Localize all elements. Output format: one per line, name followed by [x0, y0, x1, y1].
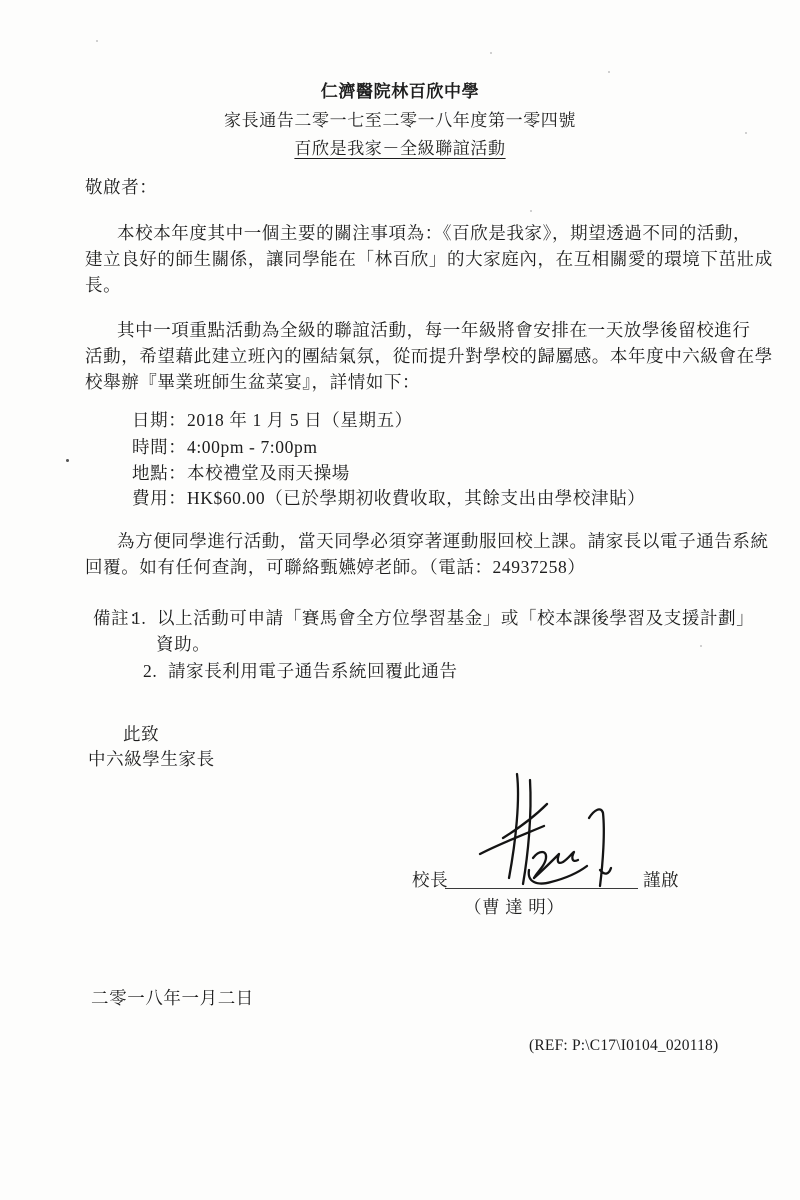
- paragraph2-line3: 校舉辦『畢業班師生盆菜宴』，詳情如下：: [85, 370, 420, 394]
- remark-item2-line1: 請家長利用電子通告系統回覆此通告: [168, 659, 458, 683]
- scan-speck: [530, 210, 532, 212]
- paragraph1-line3: 長。: [85, 273, 121, 297]
- notice-document-page: 仁濟醫院林百欣中學 家長通告二零一七至二零一八年度第一零四號 百欣是我家－全級聯…: [0, 0, 800, 1200]
- signature-role-label: 校長: [412, 868, 448, 892]
- scan-speck: [66, 459, 69, 462]
- paragraph2-line2: 活動，希望藉此建立班內的團結氣氛，從而提升對學校的歸屬感。本年度中六級會在學: [85, 344, 773, 368]
- detail-venue-value: 本校禮堂及雨天操場: [187, 461, 350, 485]
- paragraph3-line1: 為方便同學進行活動，當天同學必須穿著運動服回校上課。請家長以電子通告系統: [117, 529, 769, 553]
- detail-time-label: 時間：: [132, 435, 186, 459]
- detail-fee-value: HK$60.00（已於學期初收費收取，其餘支出由學校津貼）: [187, 486, 645, 510]
- paragraph1-line1: 本校本年度其中一個主要的關注事項為：《百欣是我家》，期望透過不同的活動，: [117, 221, 751, 245]
- scan-speck: [490, 52, 492, 54]
- detail-date-label: 日期：: [132, 408, 186, 432]
- notice-number: 家長通告二零一七至二零一八年度第一零四號: [0, 109, 800, 133]
- principal-signature-scribble: [477, 770, 629, 890]
- signature-underline: [445, 888, 638, 889]
- scan-speck: [700, 645, 702, 647]
- scan-speck: [608, 71, 610, 73]
- paragraph1-line2: 建立良好的師生關係，讓同學能在「林百欣」的大家庭內，在互相關愛的環境下茁壯成: [85, 247, 773, 271]
- paragraph2-line1: 其中一項重點活動為全級的聯誼活動，每一年級將會安排在一天放學後留校進行: [117, 318, 751, 342]
- school-name: 仁濟醫院林百欣中學: [0, 80, 800, 104]
- salutation: 敬啟者：: [85, 175, 157, 199]
- notice-subject: 百欣是我家－全級聯誼活動: [0, 137, 800, 161]
- scan-speck: [745, 132, 747, 134]
- remark-item2-number: 2.: [143, 659, 157, 683]
- remark-item1-line2: 資助。: [156, 632, 210, 656]
- paragraph3-line2: 回覆。如有任何查詢，可聯絡甄嬿婷老師。（電話：24937258）: [85, 555, 585, 579]
- scan-speck: [96, 40, 98, 42]
- signature-printed-name: （曹 達 明）: [464, 895, 564, 919]
- scan-speck: [585, 335, 587, 337]
- remark-item1-number: 1.: [132, 606, 146, 630]
- detail-fee-label: 費用：: [132, 486, 186, 510]
- detail-time-value: 4:00pm - 7:00pm: [187, 435, 318, 459]
- file-reference: (REF: P:\C17\I0104_020118): [529, 1034, 718, 1058]
- detail-venue-label: 地點：: [132, 461, 186, 485]
- remark-item1-line1: 以上活動可申請「賽馬會全方位學習基金」或「校本課後學習及支援計劃」: [157, 606, 754, 630]
- signature-suffix: 謹啟: [643, 868, 679, 892]
- detail-date-value: 2018 年 1 月 5 日（星期五）: [187, 408, 413, 432]
- closing-recipient: 中六級學生家長: [88, 747, 215, 771]
- issue-date: 二零一八年一月二日: [91, 986, 254, 1010]
- closing-salute: 此致: [123, 722, 159, 746]
